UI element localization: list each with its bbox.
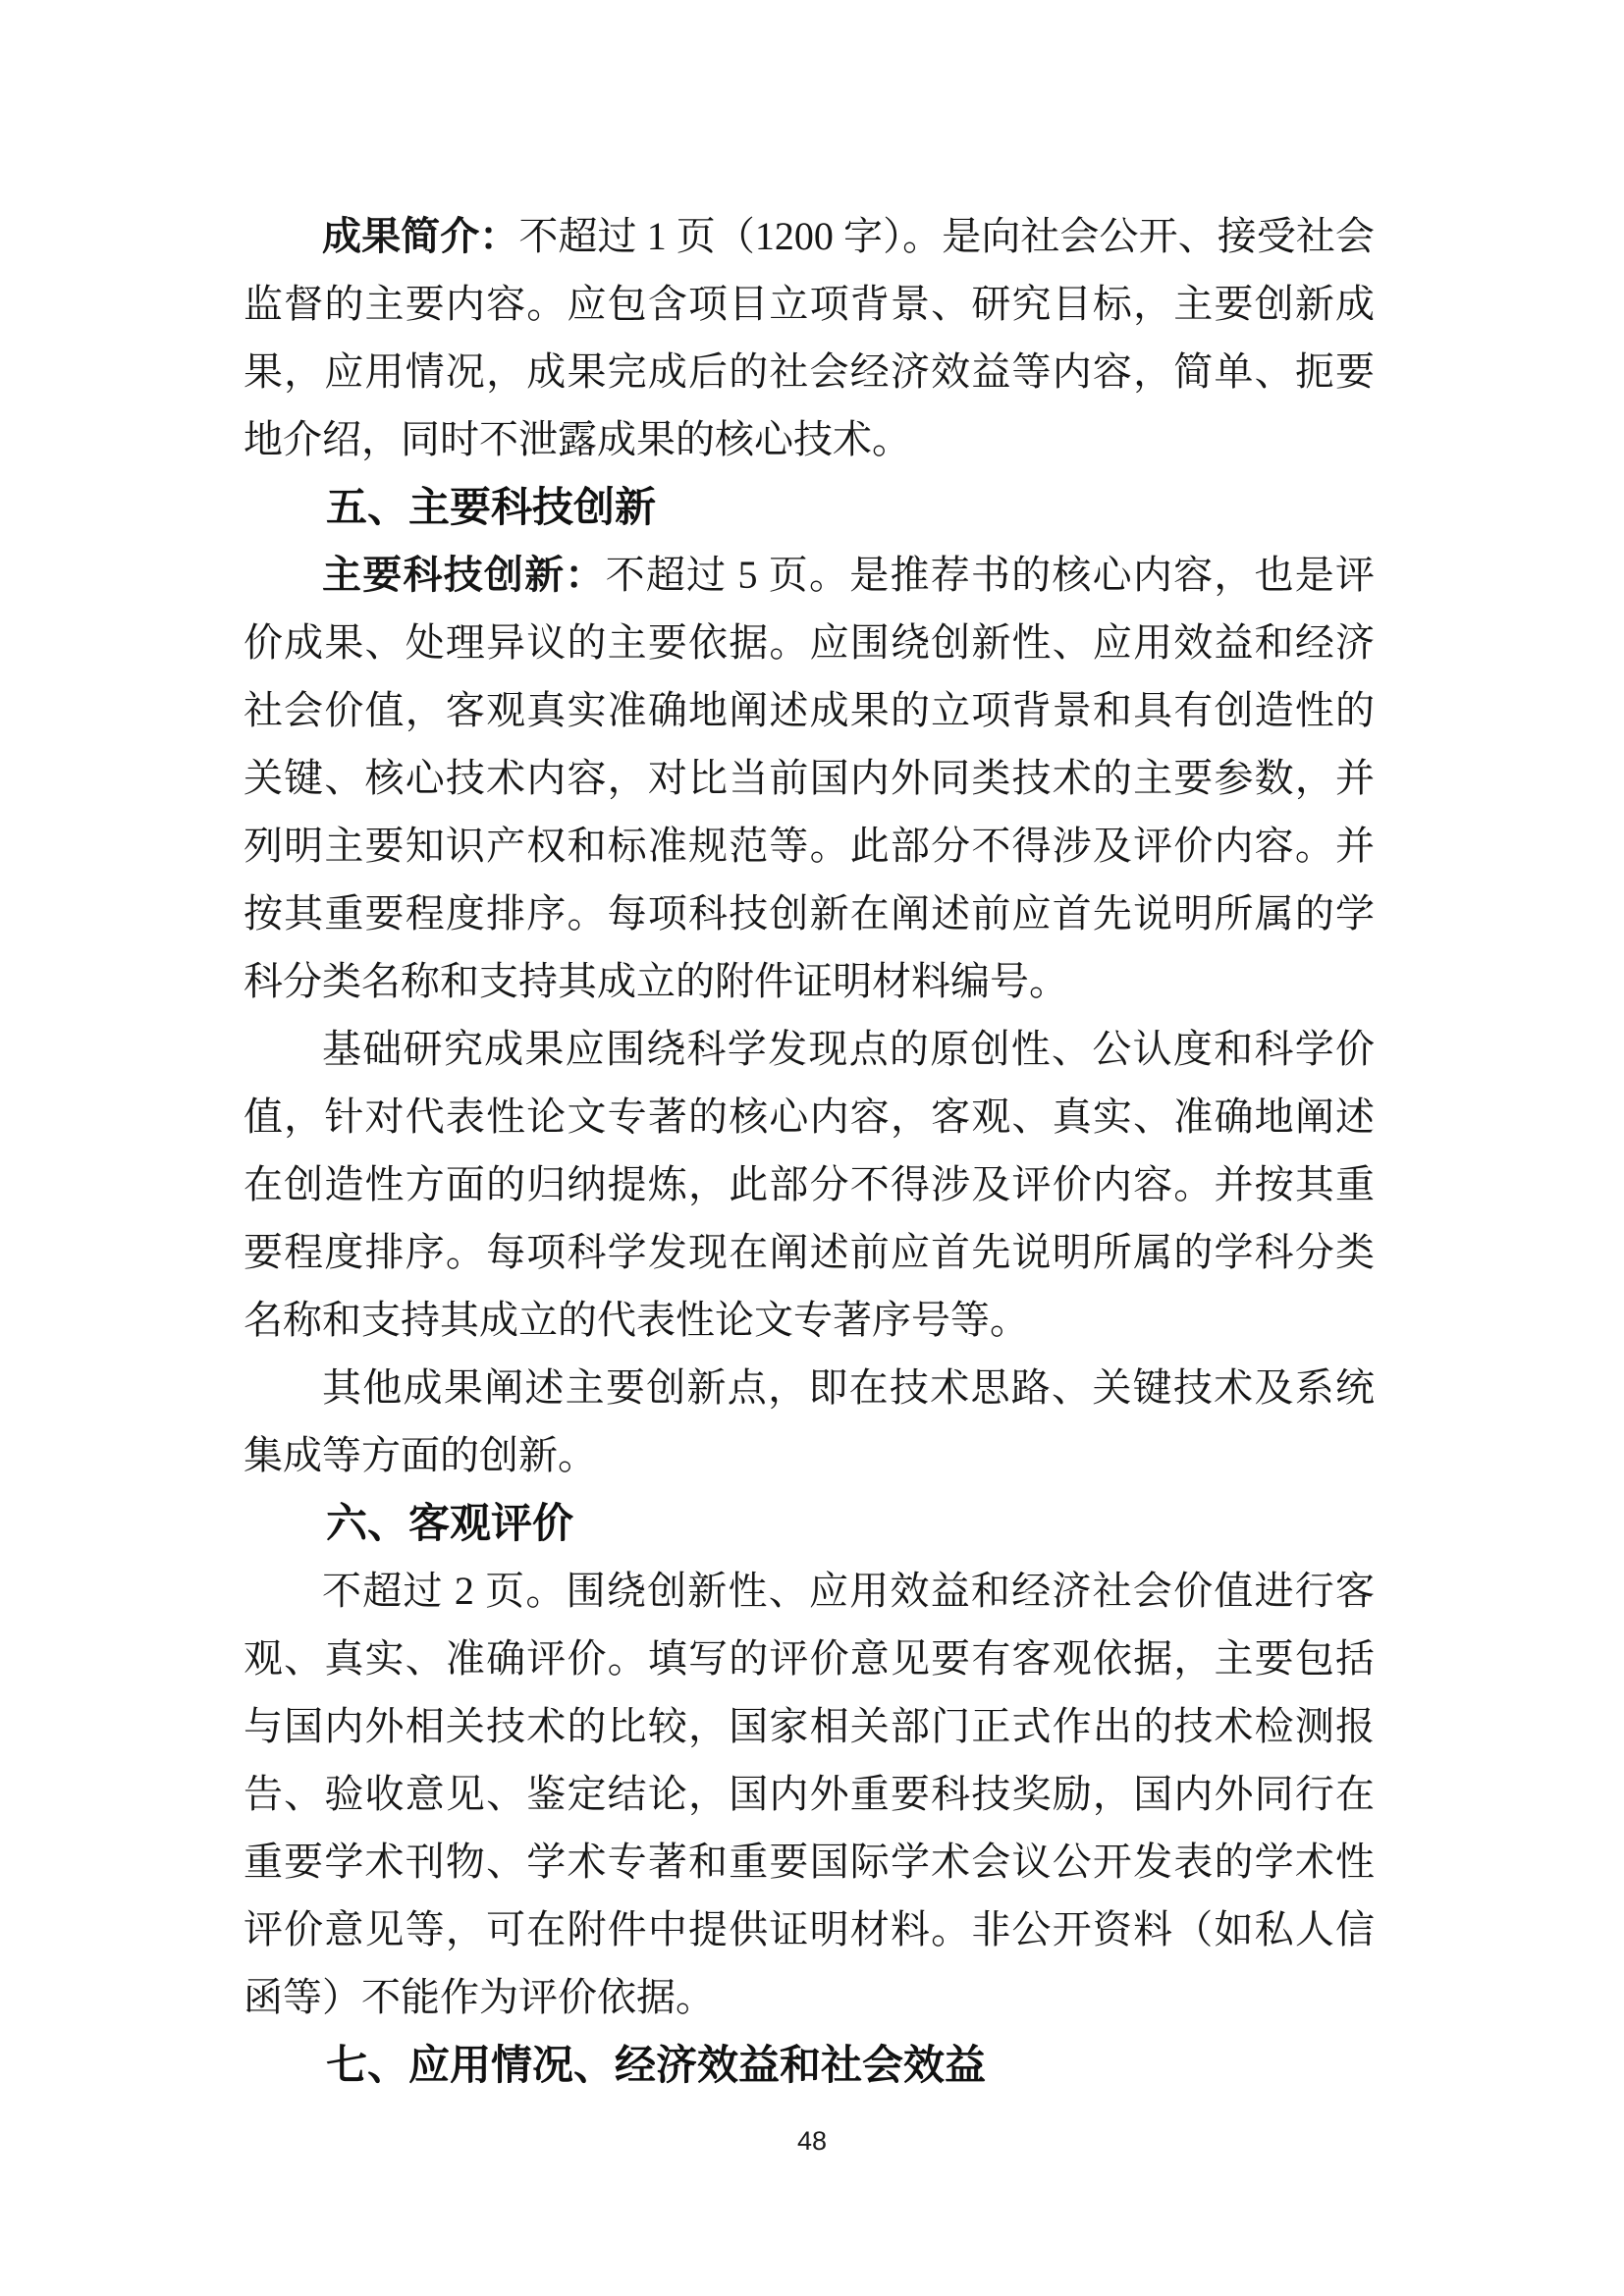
paragraph: 主要科技创新：不超过 5 页。是推荐书的核心内容，也是评价成果、处理异议的主要依…	[244, 541, 1375, 1015]
section-heading: 六、客观评价	[244, 1489, 1375, 1557]
document-page: 成果简介：不超过 1 页（1200 字）。是向社会公开、接受社会监督的主要内容。…	[0, 0, 1624, 2296]
paragraph-text: 其他成果阐述主要创新点，即在技术思路、关键技术及系统集成等方面的创新。	[244, 1365, 1375, 1477]
paragraph-text: 不超过 5 页。是推荐书的核心内容，也是评价成果、处理异议的主要依据。应围绕创新…	[244, 553, 1375, 1003]
paragraph-lead: 成果简介：	[322, 214, 518, 258]
page-footer: 48	[0, 2126, 1624, 2157]
paragraph: 成果简介：不超过 1 页（1200 字）。是向社会公开、接受社会监督的主要内容。…	[244, 202, 1375, 473]
paragraph: 基础研究成果应围绕科学发现点的原创性、公认度和科学价值，针对代表性论文专著的核心…	[244, 1015, 1375, 1354]
section-heading: 七、应用情况、经济效益和社会效益	[244, 2031, 1375, 2099]
section-heading: 五、主要科技创新	[244, 473, 1375, 541]
paragraph-text: 不超过 2 页。围绕创新性、应用效益和经济社会价值进行客观、真实、准确评价。填写…	[244, 1569, 1375, 2019]
document-body: 成果简介：不超过 1 页（1200 字）。是向社会公开、接受社会监督的主要内容。…	[244, 202, 1375, 2099]
page-number: 48	[797, 2126, 827, 2156]
paragraph: 其他成果阐述主要创新点，即在技术思路、关键技术及系统集成等方面的创新。	[244, 1354, 1375, 1489]
paragraph-text: 基础研究成果应围绕科学发现点的原创性、公认度和科学价值，针对代表性论文专著的核心…	[244, 1027, 1375, 1342]
paragraph: 不超过 2 页。围绕创新性、应用效益和经济社会价值进行客观、真实、准确评价。填写…	[244, 1557, 1375, 2031]
paragraph-lead: 主要科技创新：	[322, 553, 606, 597]
